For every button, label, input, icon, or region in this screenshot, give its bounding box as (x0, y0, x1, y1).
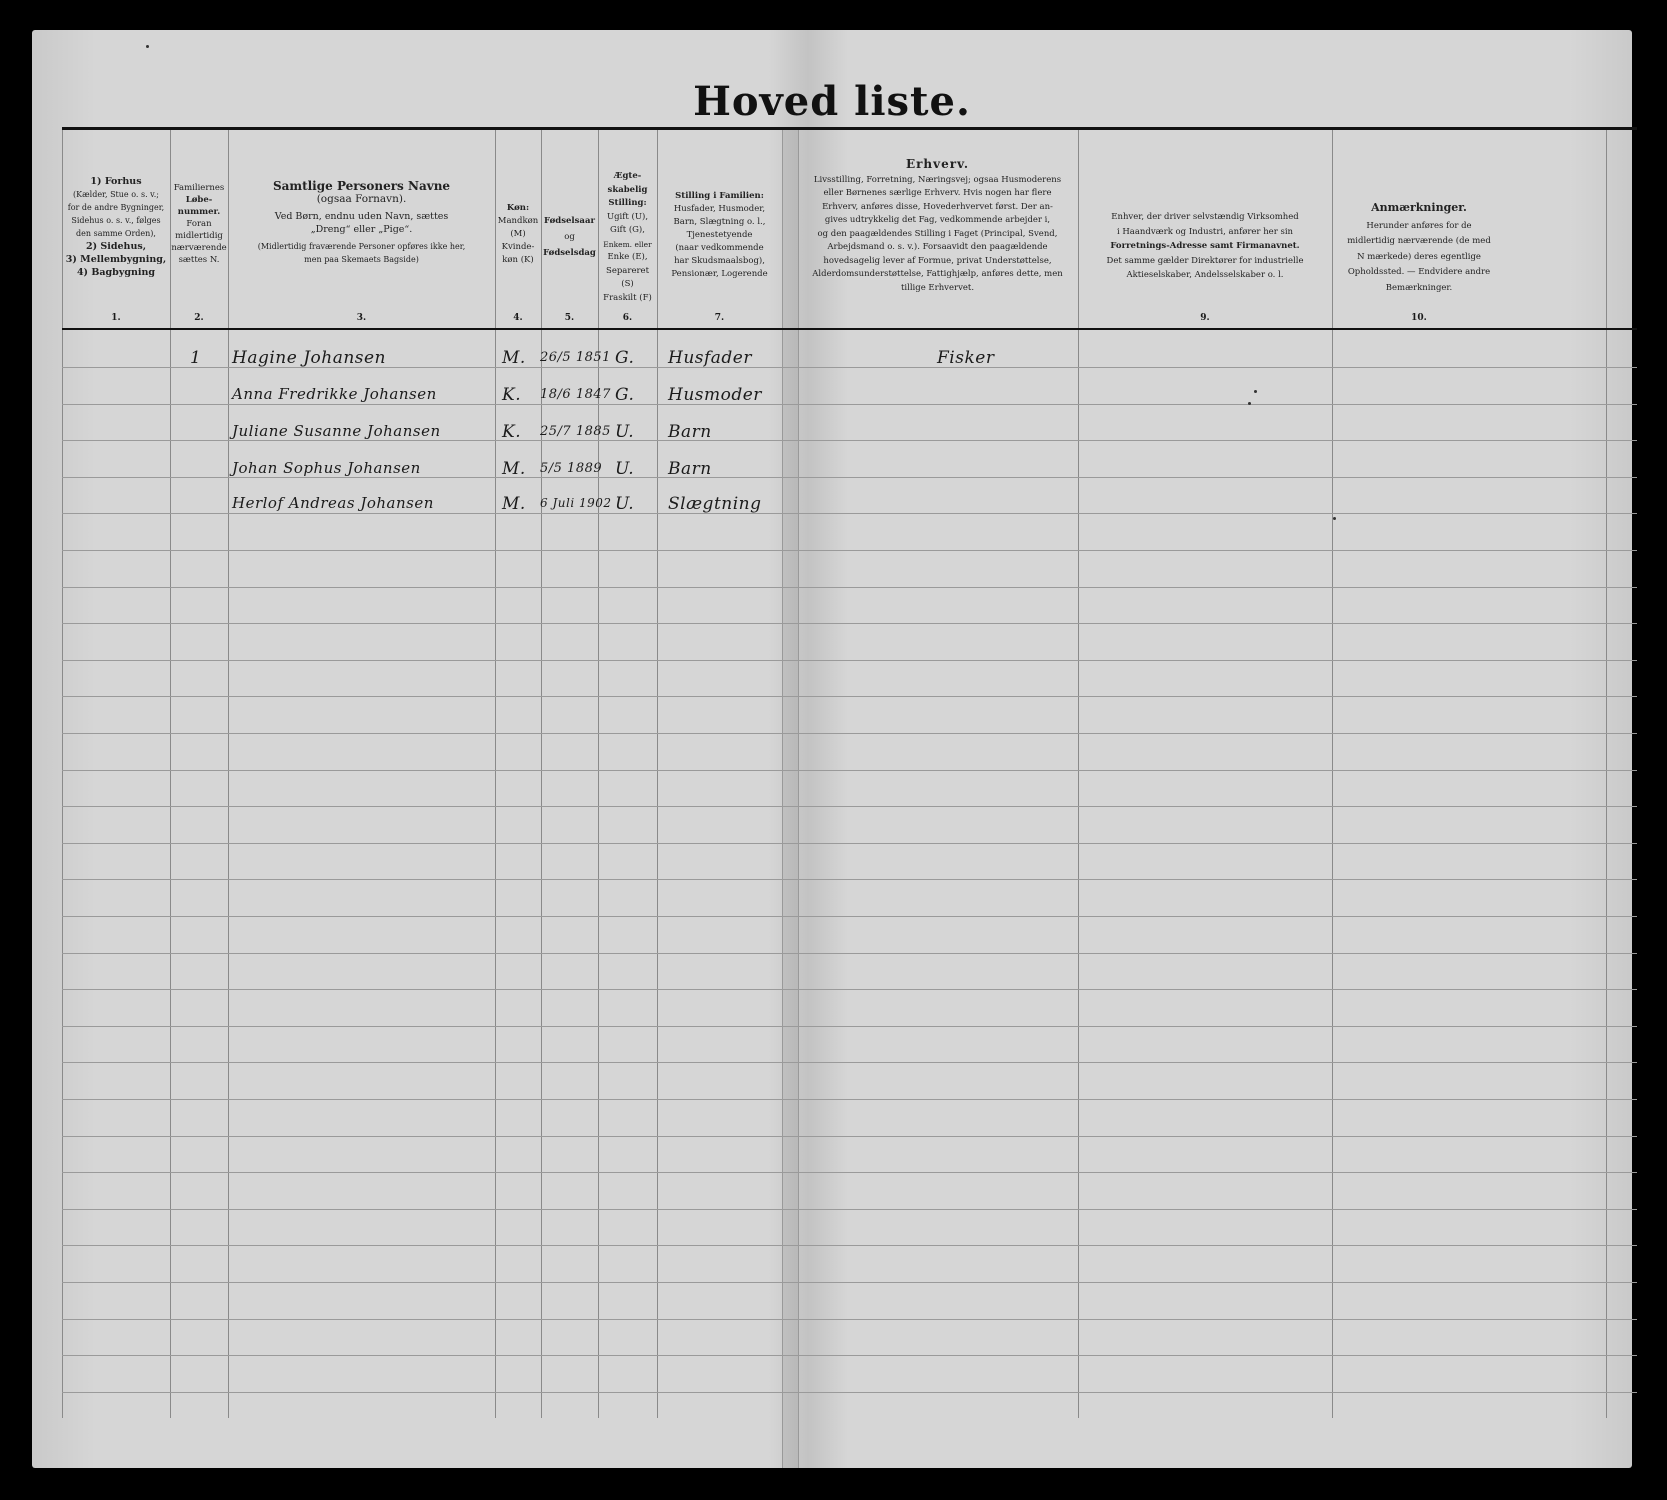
column-divider (1332, 130, 1333, 1418)
column-number: 10. (1332, 313, 1506, 323)
row-line (62, 733, 1637, 734)
census-form-page: Hoved liste. 1) Forhus (Kælder, Stue o. … (32, 30, 1632, 1468)
entry-sex: M. (502, 348, 526, 368)
header-col-4: Køn: Mandkøn (M) Kvinde- køn (K) (495, 202, 541, 267)
row-line (62, 1209, 1637, 1210)
column-divider (62, 130, 63, 1418)
row-line (62, 879, 1637, 880)
column-number: 1. (62, 313, 170, 323)
row-line (62, 1136, 1637, 1137)
row-line (62, 440, 1637, 441)
header-col-5: Fødselsaar og Fødselsdag (541, 213, 598, 261)
title-rule (62, 127, 1637, 130)
header-col-7: Stilling i Familien: Husfader, Husmoder,… (657, 190, 782, 281)
entry-name: Johan Sophus Johansen (232, 459, 421, 477)
ink-speck (146, 45, 149, 48)
header-col-2: Familiernes Løbe- nummer. Foran midlerti… (170, 182, 228, 266)
entry-sex: M. (502, 494, 526, 514)
column-number: 7. (657, 313, 782, 323)
entry-family-number: 1 (190, 348, 201, 368)
entry-family-position: Husfader (668, 348, 752, 368)
row-line (62, 1319, 1637, 1320)
entry-birth: 6 Juli 1902 (540, 496, 612, 510)
row-line (62, 1172, 1637, 1173)
column-divider (170, 130, 171, 1418)
row-line (62, 1355, 1637, 1356)
entry-marital: U. (615, 422, 634, 442)
entry-sex: M. (502, 459, 526, 479)
column-number: 9. (1078, 313, 1332, 323)
entry-occupation: Fisker (937, 348, 994, 368)
row-line (62, 1392, 1637, 1393)
entry-birth: 26/5 1851 (540, 350, 611, 365)
entry-marital: U. (615, 459, 634, 479)
entry-family-position: Barn (668, 422, 712, 442)
entry-marital: G. (615, 385, 634, 405)
column-number: 5. (541, 313, 598, 323)
entry-birth: 5/5 1889 (540, 461, 602, 476)
row-line (62, 1026, 1637, 1027)
row-line (62, 1282, 1637, 1283)
entry-name: Juliane Susanne Johansen (232, 422, 441, 440)
row-line (62, 770, 1637, 771)
row-line (62, 513, 1637, 514)
header-col-9: Enhver, der driver selvstændig Virksomhe… (1078, 210, 1332, 283)
row-line (62, 1062, 1637, 1063)
row-line (62, 623, 1637, 624)
header-col-1: 1) Forhus (Kælder, Stue o. s. v.; for de… (62, 175, 170, 279)
column-divider (598, 130, 599, 1418)
row-line (62, 1245, 1637, 1246)
row-line (62, 404, 1637, 405)
entry-family-position: Slægtning (668, 494, 762, 514)
entry-name: Herlof Andreas Johansen (232, 494, 434, 512)
column-number: 6. (598, 313, 657, 323)
row-line (62, 550, 1637, 551)
row-line (62, 1099, 1637, 1100)
header-col-8: Erhverv. Livsstilling, Forretning, Nærin… (797, 158, 1078, 295)
row-line (62, 587, 1637, 588)
header-rule (62, 328, 1637, 330)
ink-speck (1333, 517, 1336, 520)
column-number: 4. (495, 313, 541, 323)
column-divider (1078, 130, 1079, 1418)
entry-birth: 18/6 1847 (540, 387, 611, 402)
entry-family-position: Husmoder (668, 385, 762, 405)
entry-marital: U. (615, 494, 634, 514)
row-line (62, 660, 1637, 661)
row-line (62, 953, 1637, 954)
column-divider (1606, 130, 1607, 1418)
column-divider (495, 130, 496, 1418)
column-divider (657, 130, 658, 1418)
header-col-10: Anmærkninger. Herunder anføres for de mi… (1332, 200, 1506, 296)
row-line (62, 477, 1637, 478)
entry-marital: G. (615, 348, 634, 368)
entry-birth: 25/7 1885 (540, 424, 611, 439)
entry-name: Anna Fredrikke Johansen (232, 385, 437, 403)
column-number: 2. (170, 313, 228, 323)
page-title: Hoved liste. (32, 78, 1632, 125)
row-line (62, 989, 1637, 990)
entry-sex: K. (502, 422, 521, 442)
row-line (62, 916, 1637, 917)
entry-sex: K. (502, 385, 521, 405)
header-col-6: Ægte- skabelig Stilling: Ugift (U), Gift… (598, 170, 657, 305)
column-divider (228, 130, 229, 1418)
ink-speck (1248, 402, 1251, 405)
header-col-3: Samtlige Personers Navne (ogsaa Fornavn)… (228, 180, 495, 266)
column-divider (541, 130, 542, 1418)
row-line (62, 806, 1637, 807)
row-line (62, 843, 1637, 844)
entry-family-position: Barn (668, 459, 712, 479)
page-gutter (782, 130, 799, 1468)
entry-name: Hagine Johansen (232, 348, 386, 368)
ink-speck (1254, 390, 1257, 393)
row-line (62, 696, 1637, 697)
column-number: 3. (228, 313, 495, 323)
